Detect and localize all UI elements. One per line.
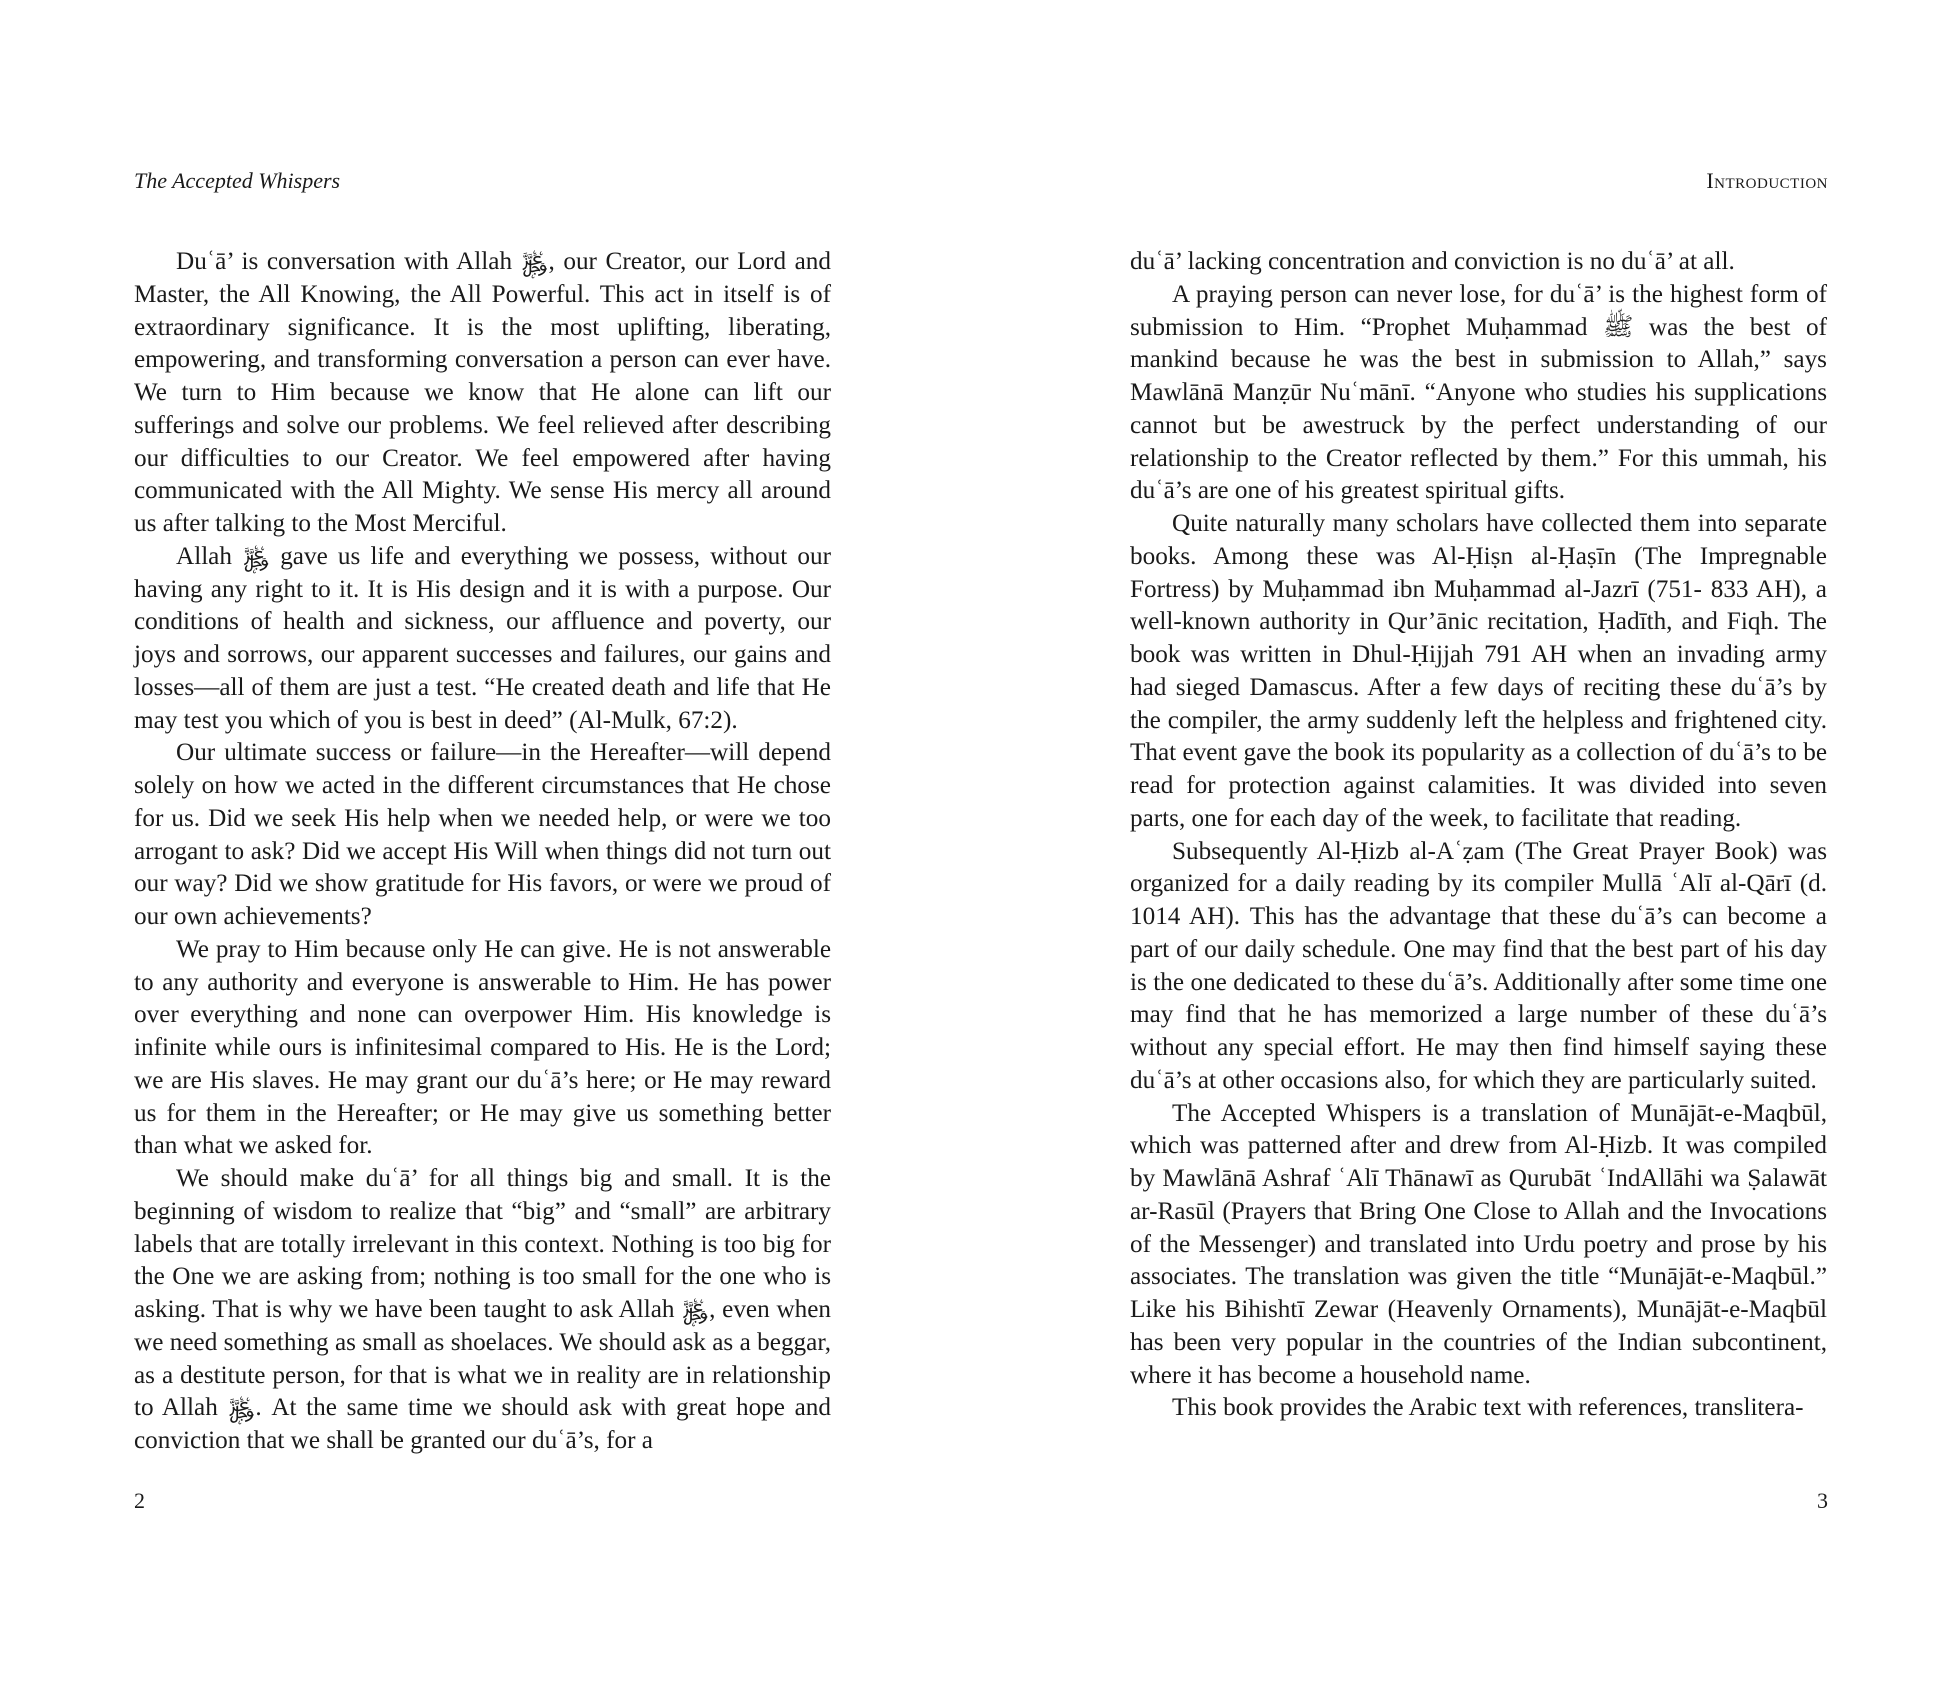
paragraph: This book provides the Arabic text with … <box>1130 1392 1827 1425</box>
paragraph: Our ultimate success or failure—in the H… <box>134 737 831 934</box>
paragraph: Duʿā’ is conversation with Allah ﷿, our … <box>134 246 831 541</box>
paragraph: We should make duʿā’ for all things big … <box>134 1163 831 1458</box>
left-page: The Accepted Whispers Duʿā’ is conversat… <box>0 0 973 1703</box>
page-number: 2 <box>134 1488 145 1514</box>
paragraph: The Accepted Whispers is a translation o… <box>1130 1098 1827 1393</box>
right-page: Introduction duʿā’ lacking concentration… <box>973 0 1946 1703</box>
paragraph: We pray to Him because only He can give.… <box>134 934 831 1163</box>
right-page-body: duʿā’ lacking concentration and convicti… <box>1130 246 1827 1425</box>
page-number: 3 <box>1817 1488 1828 1514</box>
paragraph: Subsequently Al-Ḥizb al-Aʿẓam (The Great… <box>1130 836 1827 1098</box>
running-head-book-title: The Accepted Whispers <box>134 168 340 194</box>
paragraph: Quite naturally many scholars have colle… <box>1130 508 1827 836</box>
paragraph: Allah ﷿ gave us life and everything we p… <box>134 541 831 738</box>
paragraph: A praying person can never lose, for duʿ… <box>1130 279 1827 508</box>
paragraph-continued: duʿā’ lacking concentration and convicti… <box>1130 246 1827 279</box>
left-page-body: Duʿā’ is conversation with Allah ﷿, our … <box>134 246 831 1458</box>
running-head-chapter-title: Introduction <box>1706 168 1828 194</box>
